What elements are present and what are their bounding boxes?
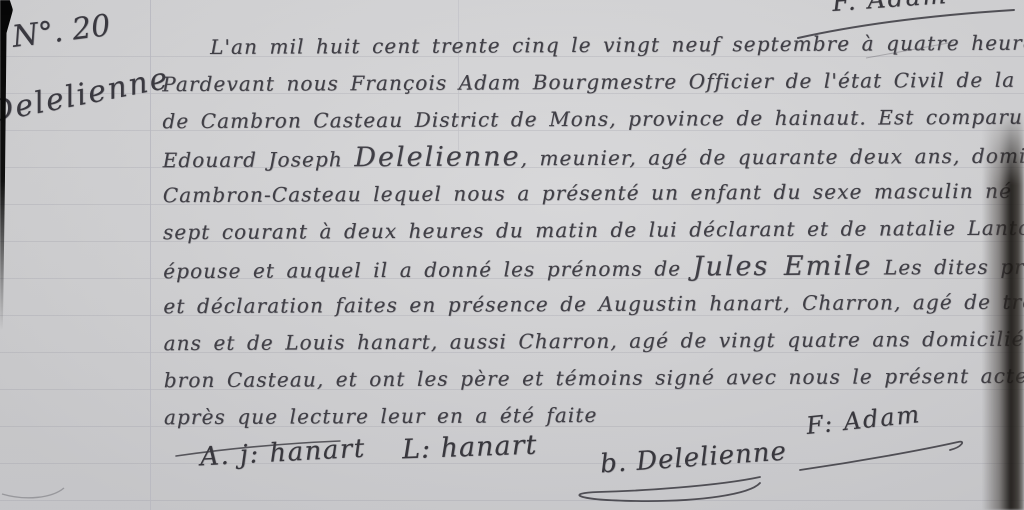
signature-top-right-adam: F. Adam	[831, 0, 949, 17]
signature-witness-hanart-2: L: hanart	[402, 430, 538, 466]
body-text-segment: après que lecture leur en a été faite	[164, 403, 598, 429]
scanned-birth-record-page: N°. 20 Delelienne F. Adam L'an mil huit …	[0, 0, 1024, 510]
emphasized-name: Delelienne	[354, 141, 520, 173]
body-text-segment: L'an mil huit cent trente cinq le vingt …	[210, 30, 1024, 59]
body-line: sept courant à deux heures du matin de l…	[163, 210, 1003, 251]
flourish-officer-underline	[800, 442, 962, 470]
body-text-segment: Cambron-Casteau lequel nous a présenté u…	[163, 178, 1024, 207]
body-line: L'an mil huit cent trente cinq le vingt …	[162, 25, 1002, 66]
emphasized-name: Jules Emile	[693, 250, 873, 282]
flourish-delelienne-loop	[579, 477, 760, 501]
body-line: épouse et auquel il a donné les prénoms …	[163, 247, 1003, 288]
scan-left-edge	[0, 0, 13, 330]
signature-father-delelienne: b. Delelienne	[599, 437, 788, 480]
body-line: Edouard Joseph Delelienne, meunier, agé …	[163, 136, 1003, 177]
body-text-segment: Pardevant nous François Adam Bourgmestre…	[162, 67, 1024, 96]
body-text-segment: Edouard Joseph	[163, 147, 355, 172]
body-text-segment: ans et de Louis hanart, aussi Charron, a…	[164, 326, 1024, 355]
body-line: et déclaration faites en présence de Aug…	[163, 284, 1003, 325]
body-text-segment: et déclaration faites en présence de Aug…	[163, 289, 1024, 318]
body-line: bron Casteau, et ont les père et témoins…	[164, 358, 1004, 399]
flourish-bottomleft-stray	[2, 488, 64, 498]
body-text-segment: sept courant à deux heures du matin de l…	[163, 215, 1024, 244]
signature-witness-hanart-1: A. j: hanart	[199, 434, 366, 473]
body-line: Cambron-Casteau lequel nous a présenté u…	[163, 173, 1003, 214]
body-text-segment: de Cambron Casteau District de Mons, pro…	[162, 104, 1024, 133]
binding-shadow	[982, 0, 1024, 510]
body-line: Pardevant nous François Adam Bourgmestre…	[162, 62, 1002, 103]
act-body-text: L'an mil huit cent trente cinq le vingt …	[162, 25, 1004, 436]
body-line: ans et de Louis hanart, aussi Charron, a…	[163, 321, 1003, 362]
body-line: de Cambron Casteau District de Mons, pro…	[162, 99, 1002, 140]
body-text-segment: , meunier, agé de quarante deux ans, dom…	[520, 143, 1024, 170]
body-text-segment: épouse et auquel il a donné les prénoms …	[163, 256, 693, 283]
body-text-segment: bron Casteau, et ont les père et témoins…	[164, 363, 1024, 392]
margin-surname-note: Delelienne	[0, 61, 172, 130]
margin-act-number: N°. 20	[10, 8, 112, 55]
